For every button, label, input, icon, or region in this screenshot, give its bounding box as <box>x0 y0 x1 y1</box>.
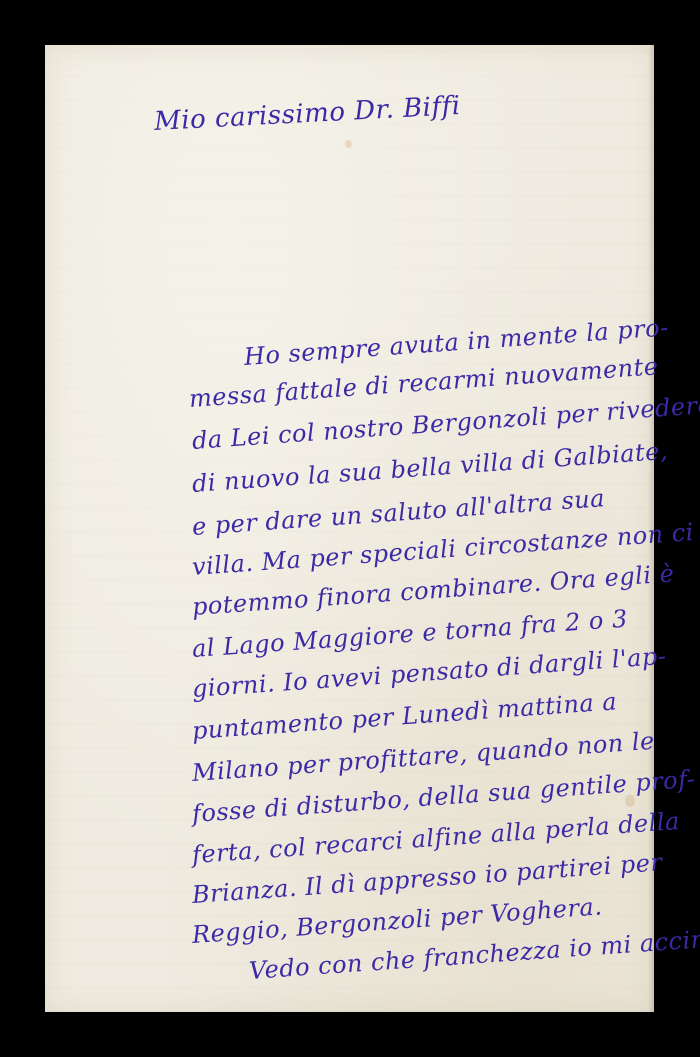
paper-stain <box>345 140 352 148</box>
letter-page: Mio carissimo Dr. Biffi Ho sempre avuta … <box>45 45 654 1012</box>
letter-salutation: Mio carissimo Dr. Biffi <box>153 91 461 137</box>
